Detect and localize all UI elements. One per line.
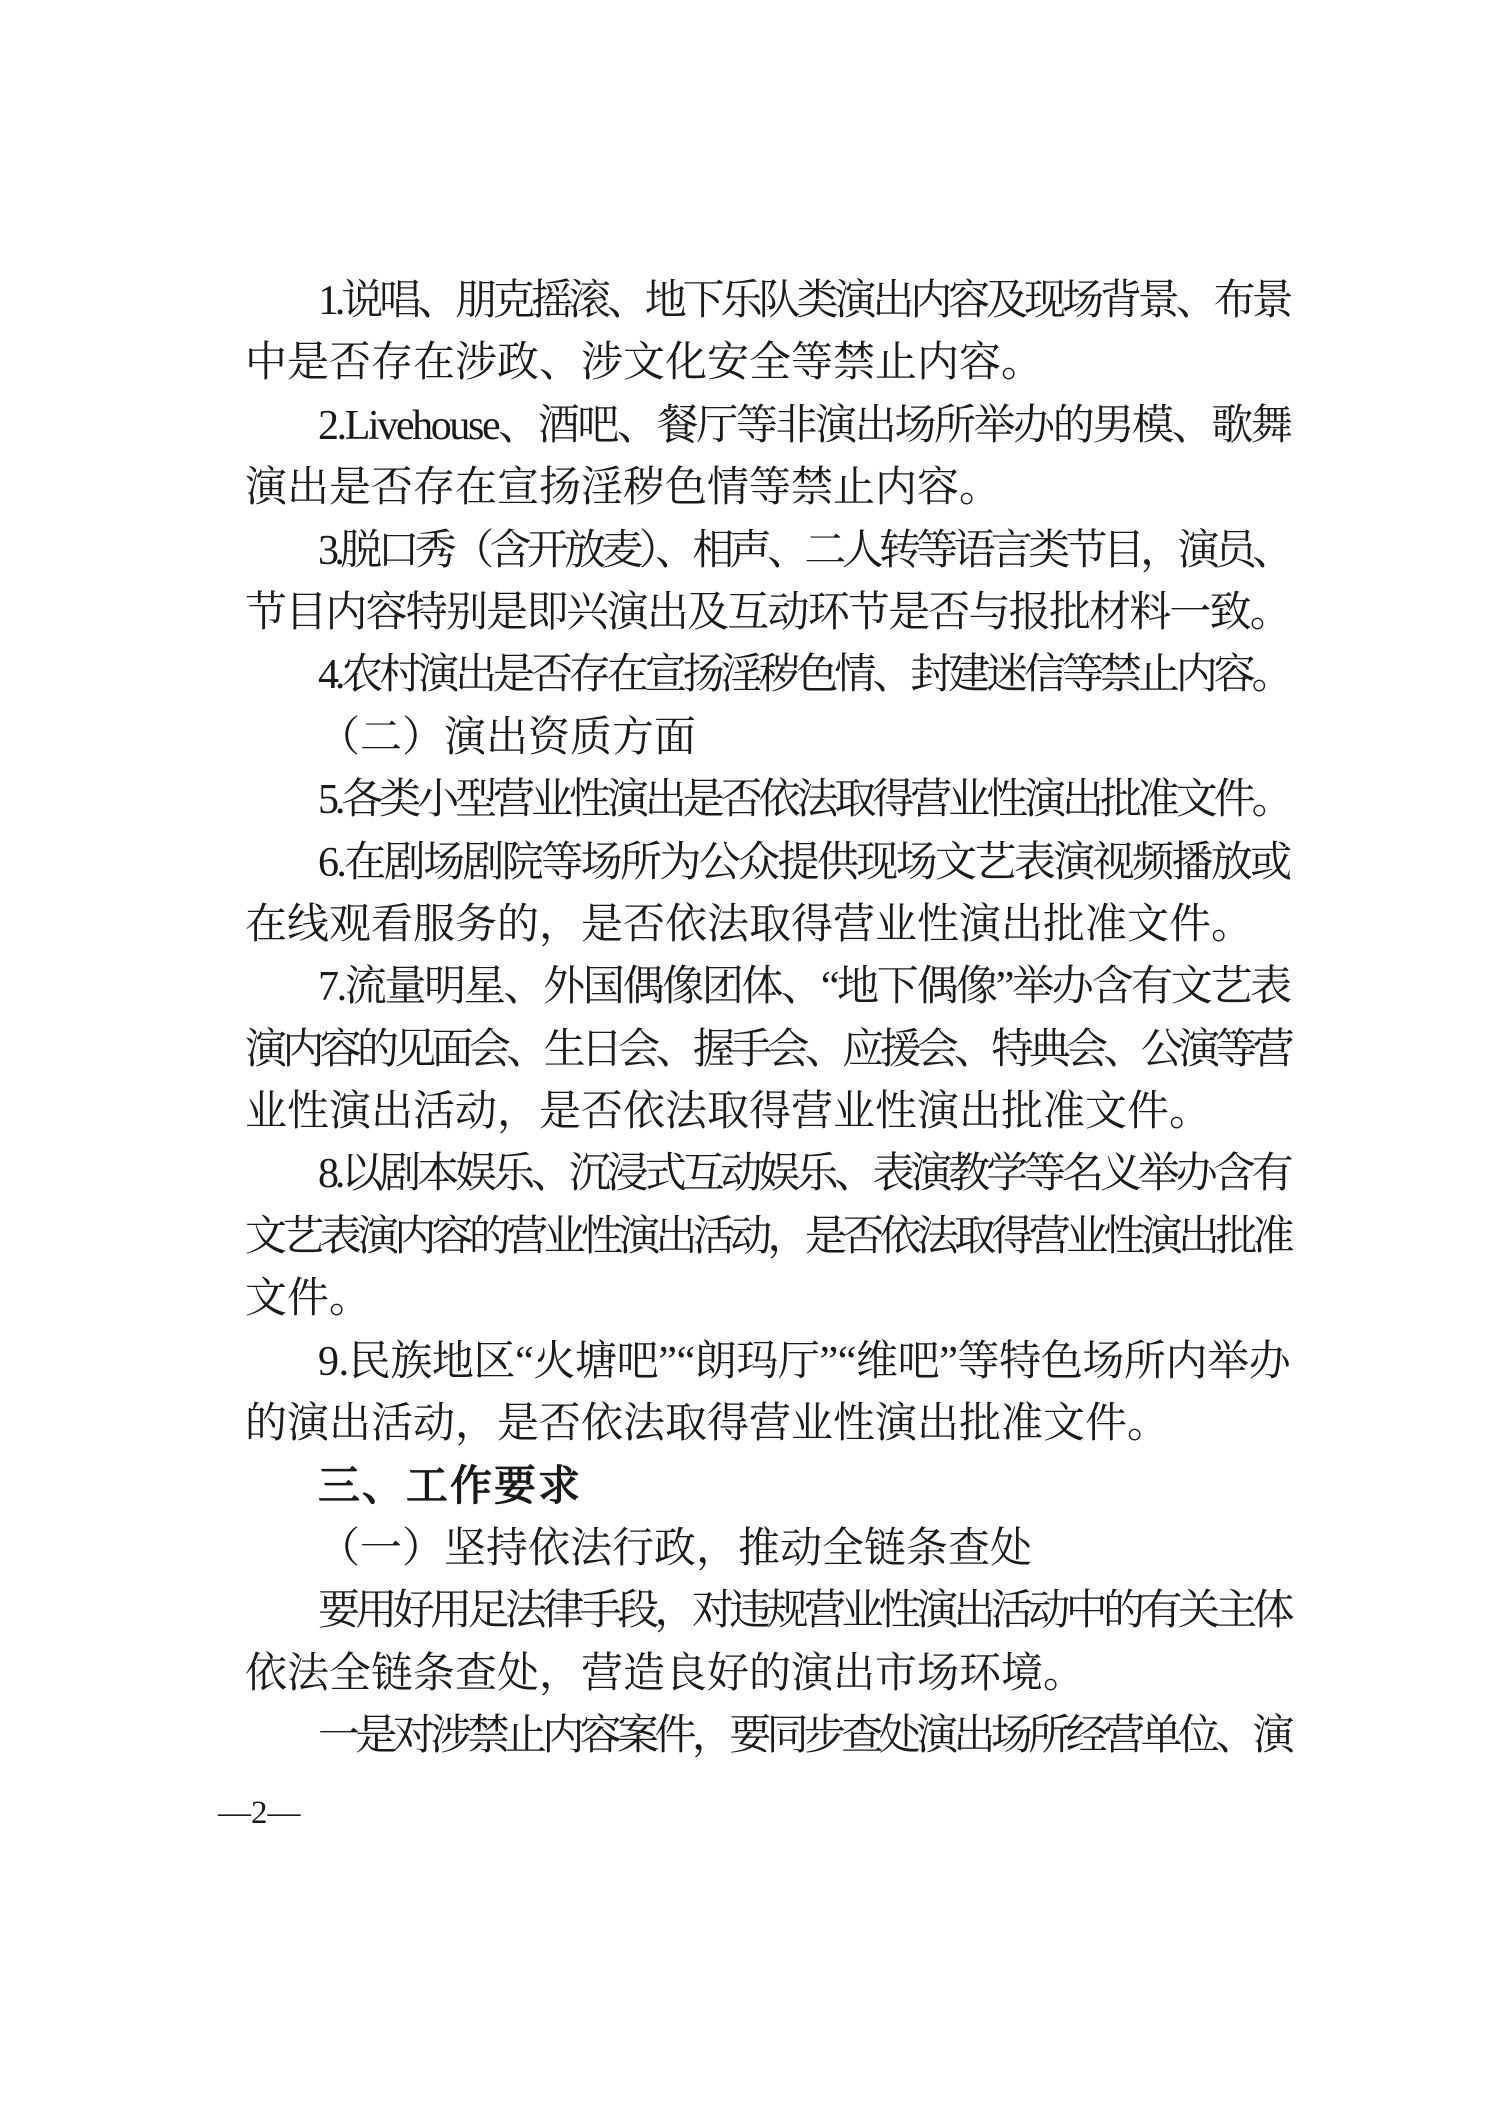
section-heading-3: 三、工作要求 — [245, 1455, 1290, 1517]
text-line: 9.民族地区“火塘吧”“朗玛厅”“维吧”等特色场所内举办 — [245, 1331, 1290, 1393]
text-line-content: 的演出活动，是否依法取得营业性演出批准文件。 — [245, 1401, 1169, 1447]
list-item-7: 7.流量明星、外国偶像团体、“地下偶像”举办含有文艺表 演内容的见面会、生日会、… — [245, 956, 1290, 1143]
list-item-2: 2.Livehouse、酒吧、餐厅等非演出场所举办的男模、歌舞 演出是否存在宣扬… — [245, 395, 1290, 520]
subsection-heading-1: （一）坚持依法行政，推动全链条查处 — [245, 1518, 1290, 1580]
text-line-content: 8.以剧本娱乐、沉浸式互动娱乐、表演教学等名义举办含有 — [318, 1151, 1290, 1197]
subsection-heading-text: （一）坚持依法行政，推动全链条查处 — [318, 1526, 1032, 1572]
text-line-content: 业性演出活动，是否依法取得营业性演出批准文件。 — [245, 1089, 1211, 1135]
list-item-6: 6.在剧场剧院等场所为公众提供现场文艺表演视频播放或 在线观看服务的，是否依法取… — [245, 832, 1290, 957]
text-line-content: 1.说唱、朋克摇滚、地下乐队类演出内容及现场背景、布景 — [318, 278, 1290, 324]
text-line-content: 节目内容特别是即兴演出及互动环节是否与报批材料一致。 — [245, 590, 1290, 636]
list-item-8: 8.以剧本娱乐、沉浸式互动娱乐、表演教学等名义举办含有 文艺表演内容的营业性演出… — [245, 1143, 1290, 1330]
text-line: 依法全链条查处，营造良好的演出市场环境。 — [245, 1643, 1290, 1705]
text-line: 4.农村演出是否存在宣扬淫秽色情、封建迷信等禁止内容。 — [245, 644, 1290, 706]
subsection-heading-text: （二）演出资质方面 — [318, 715, 696, 761]
text-line-content: 依法全链条查处，营造良好的演出市场环境。 — [245, 1651, 1085, 1697]
text-line: 节目内容特别是即兴演出及互动环节是否与报批材料一致。 — [245, 582, 1290, 644]
text-line: 3.脱口秀（含开放麦）、相声、二人转等语言类节目，演员、 — [245, 520, 1290, 582]
list-item-1: 1.说唱、朋克摇滚、地下乐队类演出内容及现场背景、布景 中是否存在涉政、涉文化安… — [245, 270, 1290, 395]
document-text-block: 1.说唱、朋克摇滚、地下乐队类演出内容及现场背景、布景 中是否存在涉政、涉文化安… — [245, 270, 1290, 1767]
text-line: 演内容的见面会、生日会、握手会、应援会、特典会、公演等营 — [245, 1019, 1290, 1081]
text-line-content: 5.各类小型营业性演出是否依法取得营业性演出批准文件。 — [318, 777, 1290, 823]
text-line: 在线观看服务的，是否依法取得营业性演出批准文件。 — [245, 894, 1290, 956]
text-line: 一是对涉禁止内容案件，要同步查处演出场所经营单位、演 — [245, 1705, 1290, 1767]
text-line: （二）演出资质方面 — [245, 707, 1290, 769]
list-item-9: 9.民族地区“火塘吧”“朗玛厅”“维吧”等特色场所内举办 的演出活动，是否依法取… — [245, 1331, 1290, 1456]
text-line-content: 文艺表演内容的营业性演出活动，是否依法取得营业性演出批准 — [245, 1214, 1290, 1260]
text-line-content: 演内容的见面会、生日会、握手会、应援会、特典会、公演等营 — [245, 1027, 1290, 1073]
text-line: 的演出活动，是否依法取得营业性演出批准文件。 — [245, 1393, 1290, 1455]
text-line: 中是否存在涉政、涉文化安全等禁止内容。 — [245, 332, 1290, 394]
list-item-4: 4.农村演出是否存在宣扬淫秽色情、封建迷信等禁止内容。 — [245, 644, 1290, 706]
section-heading-text: 三、工作要求 — [318, 1462, 582, 1509]
text-line-content: 要用好用足法律手段，对违规营业性演出活动中的有关主体 — [318, 1588, 1290, 1634]
text-line: 业性演出活动，是否依法取得营业性演出批准文件。 — [245, 1081, 1290, 1143]
text-line-content: 文件。 — [245, 1276, 371, 1322]
text-line-content: 6.在剧场剧院等场所为公众提供现场文艺表演视频播放或 — [318, 840, 1290, 886]
text-line-content: 中是否存在涉政、涉文化安全等禁止内容。 — [245, 340, 1043, 386]
text-line: 6.在剧场剧院等场所为公众提供现场文艺表演视频播放或 — [245, 832, 1290, 894]
page-number: —2— — [218, 1792, 301, 1834]
text-line-content: 演出是否存在宣扬淫秽色情等禁止内容。 — [245, 465, 1001, 511]
text-line: 5.各类小型营业性演出是否依法取得营业性演出批准文件。 — [245, 769, 1290, 831]
list-item-3: 3.脱口秀（含开放麦）、相声、二人转等语言类节目，演员、 节目内容特别是即兴演出… — [245, 520, 1290, 645]
text-line-content: 2.Livehouse、酒吧、餐厅等非演出场所举办的男模、歌舞 — [318, 403, 1290, 449]
text-line-content: 7.流量明星、外国偶像团体、“地下偶像”举办含有文艺表 — [318, 964, 1290, 1010]
text-line: 演出是否存在宣扬淫秽色情等禁止内容。 — [245, 457, 1290, 519]
subsection-heading-2: （二）演出资质方面 — [245, 707, 1290, 769]
list-item-5: 5.各类小型营业性演出是否依法取得营业性演出批准文件。 — [245, 769, 1290, 831]
text-line: （一）坚持依法行政，推动全链条查处 — [245, 1518, 1290, 1580]
text-line: 要用好用足法律手段，对违规营业性演出活动中的有关主体 — [245, 1580, 1290, 1642]
text-line-content: 一是对涉禁止内容案件，要同步查处演出场所经营单位、演 — [318, 1713, 1290, 1759]
text-line: 三、工作要求 — [245, 1455, 1290, 1517]
body-paragraph-continued: 一是对涉禁止内容案件，要同步查处演出场所经营单位、演 — [245, 1705, 1290, 1767]
document-page: 1.说唱、朋克摇滚、地下乐队类演出内容及现场背景、布景 中是否存在涉政、涉文化安… — [0, 0, 1487, 2105]
text-line-content: 9.民族地区“火塘吧”“朗玛厅”“维吧”等特色场所内举办 — [318, 1339, 1290, 1385]
text-line-content: 在线观看服务的，是否依法取得营业性演出批准文件。 — [245, 902, 1253, 948]
body-paragraph: 要用好用足法律手段，对违规营业性演出活动中的有关主体 依法全链条查处，营造良好的… — [245, 1580, 1290, 1705]
text-line: 文件。 — [245, 1268, 1290, 1330]
text-line: 8.以剧本娱乐、沉浸式互动娱乐、表演教学等名义举办含有 — [245, 1143, 1290, 1205]
text-line: 2.Livehouse、酒吧、餐厅等非演出场所举办的男模、歌舞 — [245, 395, 1290, 457]
text-line-content: 4.农村演出是否存在宣扬淫秽色情、封建迷信等禁止内容。 — [318, 652, 1290, 698]
text-line: 文艺表演内容的营业性演出活动，是否依法取得营业性演出批准 — [245, 1206, 1290, 1268]
text-line-content: 3.脱口秀（含开放麦）、相声、二人转等语言类节目，演员、 — [318, 528, 1290, 574]
text-line: 7.流量明星、外国偶像团体、“地下偶像”举办含有文艺表 — [245, 956, 1290, 1018]
text-line: 1.说唱、朋克摇滚、地下乐队类演出内容及现场背景、布景 — [245, 270, 1290, 332]
